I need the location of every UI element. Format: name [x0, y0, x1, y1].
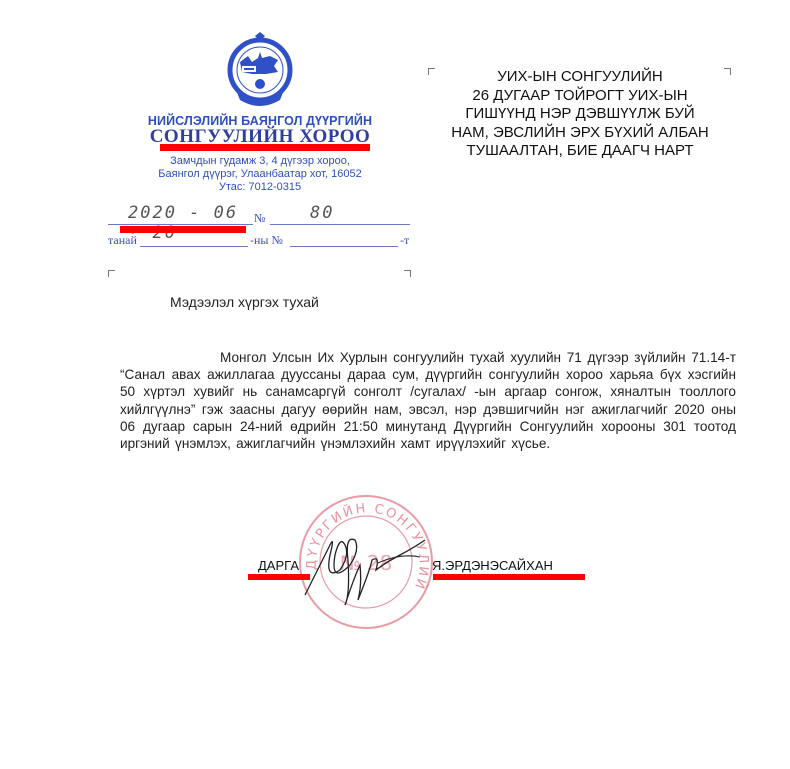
number-label: № — [254, 211, 265, 226]
corner-mark — [404, 270, 411, 277]
redaction-bar — [160, 144, 370, 151]
redaction-bar — [433, 574, 585, 580]
handwritten-signature-icon — [300, 525, 430, 610]
your-number-label: -ны № — [250, 233, 283, 248]
phone: Утас: 7012-0315 — [100, 181, 420, 193]
address-line1: Замчдын гудамж 3, 4 дүгээр хороо, — [100, 155, 420, 167]
number-field: 80 — [270, 207, 410, 225]
addressee-line: НАМ, ЭВСЛИЙН ЭРХ БҮХИЙ АЛБАН — [440, 124, 720, 143]
corner-mark — [428, 68, 435, 75]
corner-mark — [724, 68, 731, 75]
date-field: 2020 - 06 · 20 — [108, 207, 253, 225]
addressee-line: ГИШҮҮНД НЭР ДЭВШҮҮЛЖ БУЙ — [440, 105, 720, 124]
letter-body: Монгол Улсын Их Хурлын сонгуулийн тухай … — [120, 349, 736, 452]
signatory-name: Я.ЭРДЭНЭСАЙХАН — [432, 558, 553, 573]
subject: Мэдээлэл хүргэх тухай — [170, 294, 319, 310]
addressee-line: ТУШААЛТАН, БИЕ ДААГЧ НАРТ — [440, 142, 720, 161]
mongolia-state-emblem-icon — [222, 32, 298, 108]
signatory-title: ДАРГА — [258, 558, 299, 573]
addressee-block: УИХ-ЫН СОНГУУЛИЙН 26 ДУГААР ТОЙРОГТ УИХ-… — [440, 68, 720, 161]
your-number-field — [290, 233, 398, 247]
addressee-line: 26 ДУГААР ТОЙРОГТ УИХ-ЫН — [440, 87, 720, 106]
handwritten-number: 80 — [310, 203, 334, 223]
addressee-line: УИХ-ЫН СОНГУУЛИЙН — [440, 68, 720, 87]
redaction-bar — [120, 226, 246, 233]
address-line2: Баянгол дүүрэг, Улаанбаатар хот, 16052 — [100, 168, 420, 180]
redaction-bar — [248, 574, 310, 580]
corner-mark — [108, 270, 115, 277]
your-label: танай — [108, 233, 137, 248]
your-date-field — [140, 233, 248, 247]
suffix-label: -т — [400, 233, 409, 248]
